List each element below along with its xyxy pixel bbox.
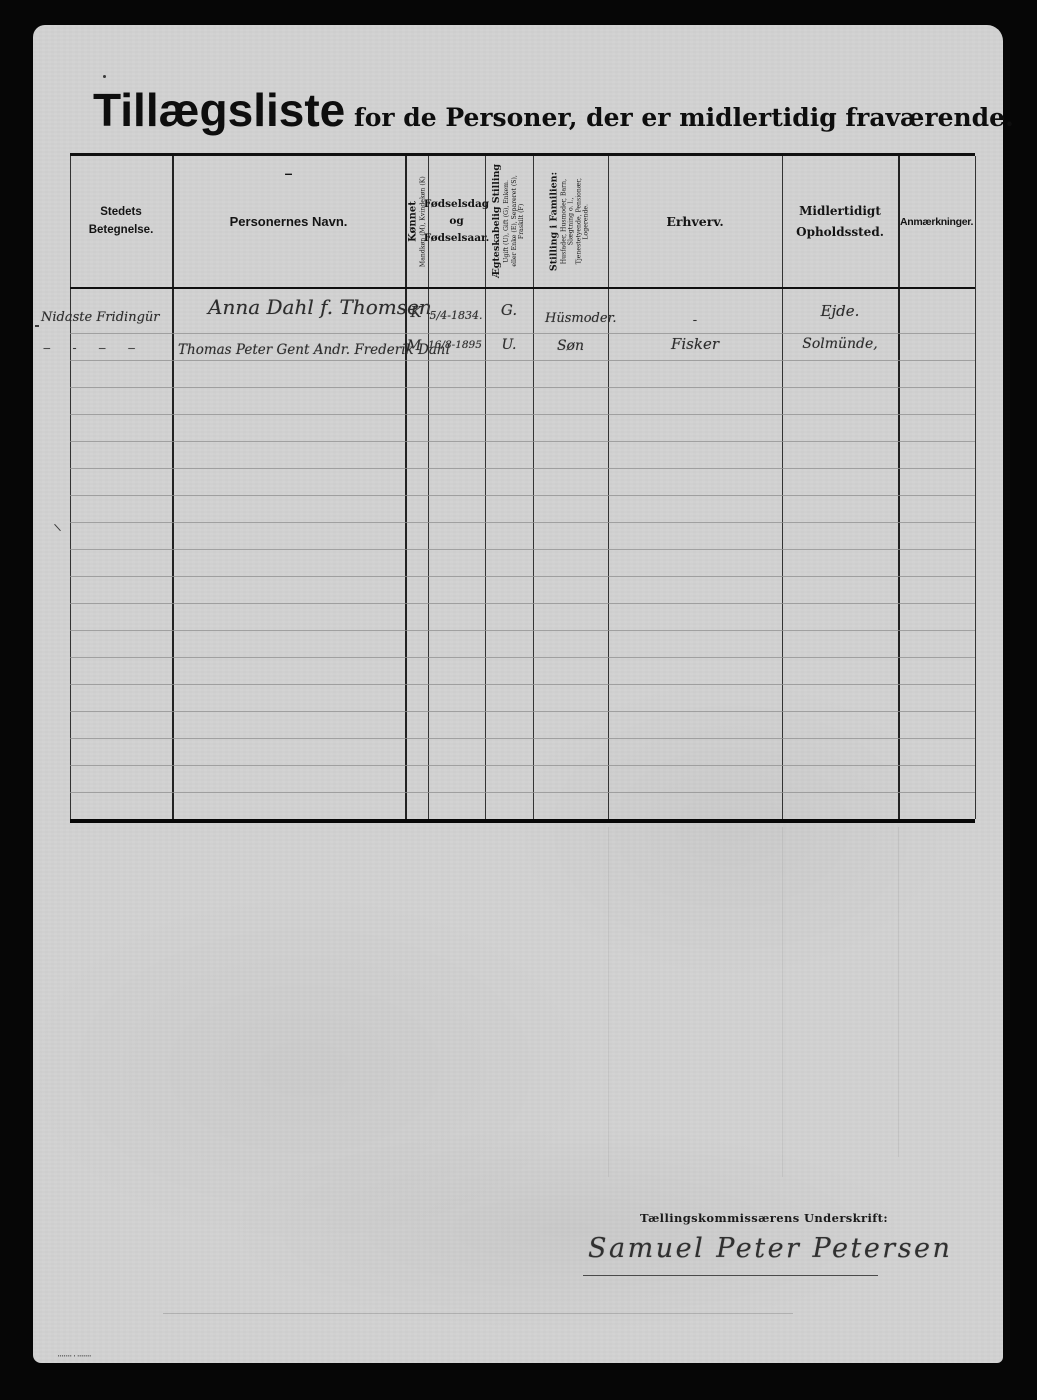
ruled-line: [70, 684, 975, 685]
row1-name: Anna Dahl f. Thomsen: [208, 295, 432, 319]
header-sex-main: Kønnet: [408, 201, 420, 242]
row1-residence: Ejde.: [782, 302, 898, 320]
ruled-line: [70, 576, 975, 577]
ruled-line: [70, 441, 975, 442]
scanned-census-page: { "title": { "main": "Tillægsliste", "mi…: [0, 0, 1037, 1400]
ruled-line: [70, 495, 975, 496]
ruled-line: [70, 630, 975, 631]
row1-occupation: -: [608, 313, 782, 328]
row2-place-ditto: ‒ - ‒ ‒: [43, 341, 144, 355]
header-family-sub4: Logerende.: [583, 204, 590, 240]
row1-family: Hüsmoder.: [545, 311, 616, 326]
paper-sheet: Tillægsliste for de Personer, der er mid…: [33, 25, 1003, 1363]
ruled-line: [70, 468, 975, 469]
header-residence: Midlertidigt Opholdssted.: [782, 156, 898, 287]
scan-speck: [103, 75, 106, 78]
ruled-line: [70, 522, 975, 523]
row2-family: Søn: [533, 338, 608, 354]
column-divider: [975, 156, 976, 819]
row2-residence: Solmünde,: [782, 336, 898, 352]
ruled-line: [70, 738, 975, 739]
row1-place: Nidaste Fridingür: [41, 310, 159, 325]
ruled-line: [70, 603, 975, 604]
row2-occupation: Fisker: [608, 335, 782, 353]
signature-name: Samuel Peter Petersen: [588, 1233, 952, 1264]
ruled-line: [70, 414, 975, 415]
ruled-line: [70, 765, 975, 766]
header-remarks: Anmærkninger.: [898, 156, 975, 287]
ruled-line: [70, 657, 975, 658]
header-name: Personernes Navn.: [172, 156, 405, 287]
row2-marital: U.: [485, 337, 533, 353]
ruled-line: [70, 387, 975, 388]
ghost-line: [898, 827, 899, 1157]
header-marital: Ægteskabelig Stilling Ugift (U), Gift (G…: [485, 159, 533, 283]
table-bottom-rule: [70, 819, 975, 823]
header-occupation: Erhverv.: [608, 156, 782, 287]
ruled-line: [70, 333, 975, 334]
signature-underline: [583, 1275, 878, 1276]
page-title-main: Tillægsliste: [93, 84, 345, 136]
header-bottom-rule: [70, 287, 975, 289]
ruled-line: [70, 792, 975, 793]
row2-birth: 16/8-1895: [424, 339, 486, 351]
scan-speck: [35, 325, 39, 327]
header-place: Stedets Betegnelse.: [70, 156, 172, 287]
ghost-line: [782, 827, 783, 1177]
ruled-line: [70, 360, 975, 361]
printer-mark: ▪▪▪▪▪▪▪ ▪ ▪▪▪▪▪▪▪: [58, 1353, 92, 1358]
row1-marital: G.: [485, 301, 533, 319]
ruled-line: [70, 711, 975, 712]
ruled-line: [70, 549, 975, 550]
ghost-line: [608, 827, 609, 1177]
signature-label: Tællingskommissærens Underskrift:: [640, 1211, 888, 1225]
header-birth: Fødselsdag og Fødselsaar.: [428, 156, 485, 287]
scan-speck: [54, 524, 61, 531]
ghost-line: [163, 1313, 793, 1314]
page-title: Tillægsliste for de Personer, der er mid…: [93, 83, 953, 137]
page-title-mid: for de Personer, der er: [345, 103, 679, 132]
page-title-bold-end: midlertidig fraværende.: [679, 103, 1014, 132]
row1-birth: 5/4-1834.: [426, 309, 486, 322]
header-marital-sub3: Fraskilt (F): [518, 203, 525, 238]
header-family: Stilling i Familien: Husfader, Husmoder,…: [533, 158, 608, 286]
